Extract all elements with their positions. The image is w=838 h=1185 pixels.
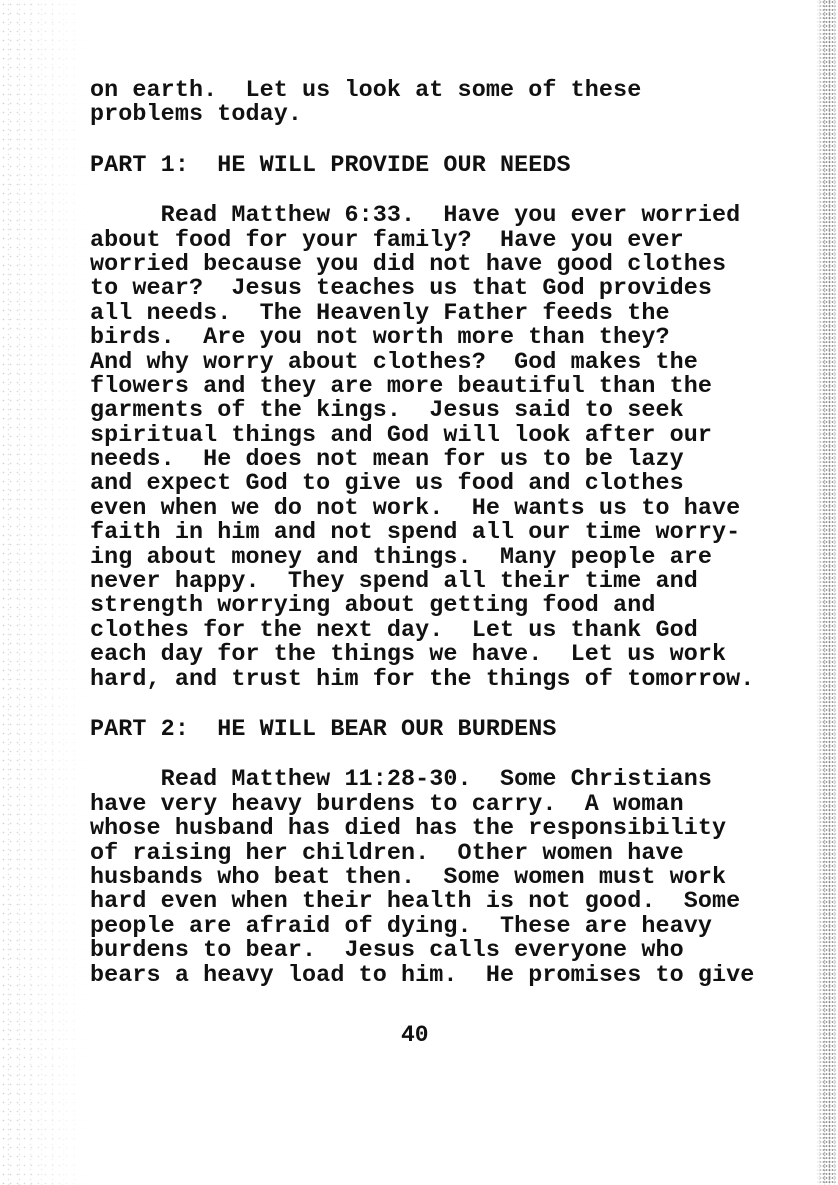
body-line: strength worrying about getting food and — [90, 594, 790, 618]
paragraph-gap — [90, 742, 790, 768]
intro-line: problems today. — [90, 103, 790, 127]
body-line: Read Matthew 11:28-30. Some Christians — [90, 768, 790, 792]
section-body-part-2: Read Matthew 11:28-30. Some Christians h… — [90, 768, 790, 988]
section-heading-part-1: PART 1: HE WILL PROVIDE OUR NEEDS — [90, 154, 790, 178]
paragraph-gap — [90, 692, 790, 718]
body-line: flowers and they are more beautiful than… — [90, 375, 790, 399]
body-line: faith in him and not spend all our time … — [90, 521, 790, 545]
body-line: worried because you did not have good cl… — [90, 253, 790, 277]
body-line: even when we do not work. He wants us to… — [90, 497, 790, 521]
body-line: garments of the kings. Jesus said to see… — [90, 399, 790, 423]
paragraph-gap — [90, 128, 790, 154]
body-line: ing about money and things. Many people … — [90, 546, 790, 570]
page-body: on earth. Let us look at some of these p… — [90, 79, 790, 988]
scanned-page: on earth. Let us look at some of these p… — [0, 0, 838, 1185]
body-line: all needs. The Heavenly Father feeds the — [90, 302, 790, 326]
scan-noise-left — [0, 0, 90, 1185]
body-line: people are afraid of dying. These are he… — [90, 915, 790, 939]
body-line: of raising her children. Other women hav… — [90, 842, 790, 866]
body-line: clothes for the next day. Let us thank G… — [90, 619, 790, 643]
body-line: And why worry about clothes? God makes t… — [90, 351, 790, 375]
body-line: bears a heavy load to him. He promises t… — [90, 964, 790, 988]
body-line: never happy. They spend all their time a… — [90, 570, 790, 594]
body-line: about food for your family? Have you eve… — [90, 229, 790, 253]
body-line: each day for the things we have. Let us … — [90, 643, 790, 667]
body-line: Read Matthew 6:33. Have you ever worried — [90, 204, 790, 228]
body-line: and expect God to give us food and cloth… — [90, 472, 790, 496]
body-line: husbands who beat then. Some women must … — [90, 866, 790, 890]
body-line: burdens to bear. Jesus calls everyone wh… — [90, 939, 790, 963]
body-line: have very heavy burdens to carry. A woma… — [90, 793, 790, 817]
section-heading-part-2: PART 2: HE WILL BEAR OUR BURDENS — [90, 718, 790, 742]
page-number: 40 — [401, 1022, 429, 1048]
body-line: whose husband has died has the responsib… — [90, 817, 790, 841]
scan-noise-right — [816, 0, 838, 1185]
body-line: birds. Are you not worth more than they? — [90, 326, 790, 350]
body-line: needs. He does not mean for us to be laz… — [90, 448, 790, 472]
paragraph-gap — [90, 178, 790, 204]
intro-line: on earth. Let us look at some of these — [90, 79, 790, 103]
body-line: hard even when their health is not good.… — [90, 890, 790, 914]
body-line: to wear? Jesus teaches us that God provi… — [90, 277, 790, 301]
body-line: hard, and trust him for the things of to… — [90, 668, 790, 692]
body-line: spiritual things and God will look after… — [90, 424, 790, 448]
section-body-part-1: Read Matthew 6:33. Have you ever worried… — [90, 204, 790, 692]
